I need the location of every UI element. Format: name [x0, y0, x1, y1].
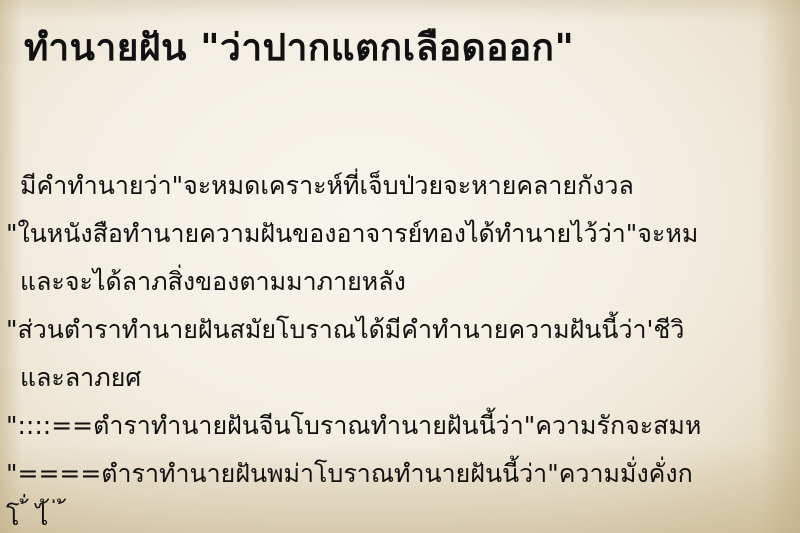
paper-edge-top — [0, 0, 800, 20]
text-line: และจะได้ลาภสิ่งของตามมาภายหลัง — [20, 269, 406, 294]
text-line: และลาภยศ — [20, 365, 141, 390]
text-line: "ส่วนตำราทำนายฝันสมัยโบราณได้มีคำทำนายคว… — [6, 317, 684, 342]
page-title: ทำนายฝัน "ว่าปากแตกเลือดออก" — [24, 18, 574, 77]
text-line: มีคำทำนายว่า"จะหมดเคราะห์ที่เจ็บป่วยจะหา… — [20, 173, 634, 198]
text-line: "====ตำราทำนายฝันพม่าโบราณทำนายฝันนี้ว่า… — [6, 461, 693, 486]
text-line-partial: โ ้่ ไ้ ่ ้ — [6, 504, 65, 529]
text-line: "ในหนังสือทำนายความฝันของอาจารย์ทองได้ทำ… — [6, 221, 698, 246]
text-line: "::::==ตำราทำนายฝันจีนโบราณทำนายฝันนี้ว่… — [6, 413, 701, 438]
paper-edge-bottom — [0, 443, 800, 533]
